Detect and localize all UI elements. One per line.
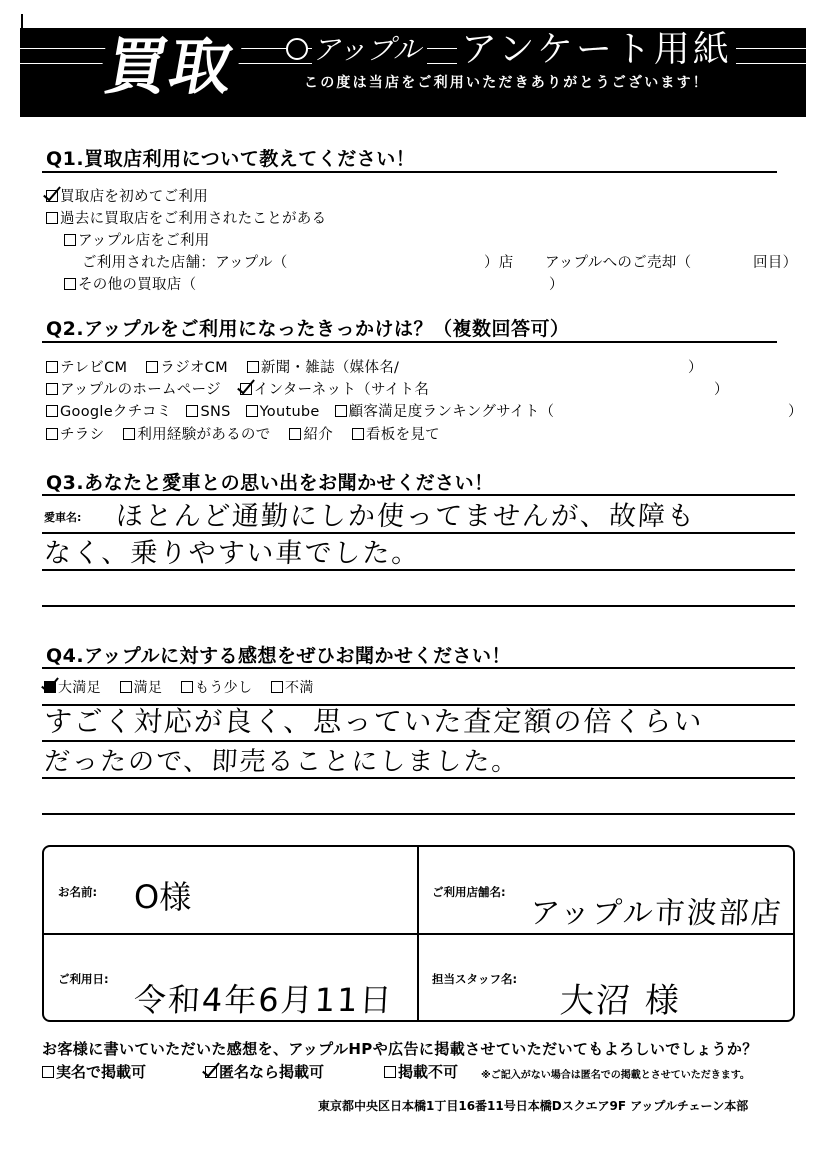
checkbox[interactable] bbox=[46, 361, 58, 373]
q2-option-signboard[interactable]: 看板を見て bbox=[352, 427, 440, 443]
q2-row-4: チラシ 利用経験があるので 紹介 看板を見て bbox=[46, 423, 440, 444]
checkbox[interactable] bbox=[181, 681, 193, 693]
checkbox[interactable] bbox=[120, 681, 132, 693]
page-subtitle: この度は当店をご利用いただきありがとうございます！ bbox=[304, 72, 709, 92]
q2-ranking-close: ） bbox=[788, 400, 803, 421]
option-label: Googleクチコミ bbox=[60, 404, 172, 420]
staff-name-field[interactable]: 大沼 様 bbox=[559, 984, 682, 1018]
q4-answer-line-1[interactable]: すごく対応が良く、思っていた査定額の倍くらい bbox=[43, 708, 704, 736]
option-label: SNS bbox=[200, 404, 230, 420]
checkbox-checked[interactable] bbox=[205, 1066, 217, 1078]
option-label: テレビCM bbox=[60, 360, 127, 376]
name-field[interactable]: O様 bbox=[134, 872, 191, 918]
q1-option-first-time[interactable]: 買取店を初めてご利用 bbox=[46, 185, 208, 206]
page-title: アンケート用紙 bbox=[457, 28, 736, 72]
company-address: 東京都中央区日本橋1丁目16番11号日本橋Dスクエア9F アップルチェーン本部 bbox=[318, 1097, 748, 1114]
option-label: 利用経験があるので bbox=[137, 427, 270, 443]
q1-heading: Q1.買取店利用について教えてください！ bbox=[46, 144, 415, 171]
rating-satisfied[interactable]: 満足 bbox=[120, 680, 163, 696]
q2-option-newspaper[interactable]: 新聞・雑誌（媒体名/ bbox=[247, 360, 399, 376]
option-label: 不満 bbox=[285, 680, 314, 696]
checkbox-checked[interactable] bbox=[240, 383, 252, 395]
checkbox[interactable] bbox=[384, 1066, 396, 1078]
option-label: 紹介 bbox=[303, 427, 333, 443]
checkbox[interactable] bbox=[335, 405, 347, 417]
consent-anonymous[interactable]: 匿名なら掲載可 bbox=[205, 1061, 324, 1082]
writing-line bbox=[42, 532, 795, 534]
kaitori-logo: 買取 bbox=[95, 30, 244, 104]
option-label: 匿名なら掲載可 bbox=[219, 1063, 324, 1081]
option-label: 看板を見て bbox=[366, 427, 440, 443]
checkbox[interactable] bbox=[247, 361, 259, 373]
writing-line bbox=[42, 569, 795, 571]
q3-rule bbox=[42, 494, 795, 496]
store-name-field[interactable]: アップル市波部店 bbox=[529, 899, 783, 929]
option-label: チラシ bbox=[60, 427, 104, 443]
q1-store-used-label: ご利用された店舗：アップル（ bbox=[82, 251, 288, 272]
option-label: 掲載不可 bbox=[398, 1063, 458, 1081]
checkbox[interactable] bbox=[146, 361, 158, 373]
checkbox[interactable] bbox=[64, 234, 76, 246]
checkbox[interactable] bbox=[46, 428, 58, 440]
option-label: ラジオCM bbox=[160, 360, 228, 376]
q1-sale-count-suffix: 回目） bbox=[753, 251, 797, 272]
q2-option-tv[interactable]: テレビCM bbox=[46, 360, 127, 376]
date-label: ご利用日: bbox=[58, 971, 109, 987]
option-label: その他の買取店（ bbox=[78, 277, 196, 293]
q4-rule bbox=[42, 667, 795, 669]
q1-option-other-store[interactable]: その他の買取店（ bbox=[64, 273, 196, 294]
option-label: 大満足 bbox=[58, 680, 101, 696]
q2-rule bbox=[42, 341, 777, 343]
rating-could-improve[interactable]: もう少し bbox=[181, 680, 252, 696]
q3-heading: Q3.あなたと愛車との思い出をお聞かせください！ bbox=[46, 468, 494, 495]
q4-heading: Q4.アップルに対する感想をぜひお聞かせください！ bbox=[46, 641, 511, 668]
writing-line bbox=[42, 740, 795, 742]
q4-answer-line-2[interactable]: だったので、即売ることにしました。 bbox=[43, 749, 520, 775]
consent-real-name[interactable]: 実名で掲載可 bbox=[42, 1061, 146, 1082]
q2-option-sns[interactable]: SNS bbox=[186, 404, 230, 420]
option-label: 実名で掲載可 bbox=[56, 1063, 146, 1081]
q2-row-1: テレビCM ラジオCM 新聞・雑誌（媒体名/ bbox=[46, 356, 399, 377]
header-banner: 買取 アップル アンケート用紙 この度は当店をご利用いただきありがとうございます… bbox=[20, 28, 806, 117]
info-divider bbox=[42, 933, 795, 935]
q1-option-apple-store[interactable]: アップル店をご利用 bbox=[64, 229, 210, 250]
q2-internet-close: ） bbox=[714, 378, 729, 399]
q2-option-youtube[interactable]: Youtube bbox=[246, 404, 320, 420]
checkbox[interactable] bbox=[64, 278, 76, 290]
q1-sale-count-label: アップルへのご売却（ bbox=[545, 251, 691, 272]
rating-dissatisfied[interactable]: 不満 bbox=[271, 680, 314, 696]
checkbox[interactable] bbox=[46, 405, 58, 417]
checkbox[interactable] bbox=[352, 428, 364, 440]
q3-answer-line-2[interactable]: なく、乗りやすい車でした。 bbox=[43, 540, 421, 567]
q2-option-referral[interactable]: 紹介 bbox=[289, 427, 333, 443]
store-name-label: ご利用店舗名: bbox=[432, 884, 506, 900]
option-label: アップル店をご利用 bbox=[78, 233, 210, 249]
q2-option-ranking-site[interactable]: 顧客満足度ランキングサイト（ bbox=[335, 404, 555, 420]
option-label: 満足 bbox=[134, 680, 163, 696]
q2-option-radio[interactable]: ラジオCM bbox=[146, 360, 228, 376]
writing-line bbox=[42, 813, 795, 815]
option-label: 買取店を初めてご利用 bbox=[60, 189, 208, 205]
q2-row-2: アップルのホームページ インターネット（サイト名 bbox=[46, 378, 429, 399]
checkbox[interactable] bbox=[42, 1066, 54, 1078]
option-label: 新聞・雑誌（媒体名/ bbox=[261, 360, 399, 376]
consent-question: お客様に書いていただいた感想を、アップルHPや広告に掲載させていただいてもよろし… bbox=[42, 1038, 758, 1059]
writing-line bbox=[42, 777, 795, 779]
consent-note: ※ご記入がない場合は匿名での掲載とさせていただきます。 bbox=[481, 1066, 750, 1081]
checkbox[interactable] bbox=[246, 405, 258, 417]
q2-option-homepage[interactable]: アップルのホームページ bbox=[46, 382, 221, 398]
q2-option-past-use[interactable]: 利用経験があるので bbox=[123, 427, 270, 443]
option-label: アップルのホームページ bbox=[60, 382, 221, 398]
q2-option-flyer[interactable]: チラシ bbox=[46, 427, 104, 443]
apple-logo-icon bbox=[286, 38, 308, 60]
q2-heading: Q2.アップルをご利用になったきっかけは？（複数回答可） bbox=[46, 314, 570, 341]
consent-decline[interactable]: 掲載不可 bbox=[384, 1061, 458, 1082]
q2-row-3: Googleクチコミ SNS Youtube 顧客満足度ランキングサイト（ bbox=[46, 400, 554, 421]
option-label: もう少し bbox=[195, 680, 252, 696]
option-label: Youtube bbox=[260, 404, 320, 420]
q2-option-google-reviews[interactable]: Googleクチコミ bbox=[46, 404, 172, 420]
rating-very-satisfied[interactable]: 大満足 bbox=[44, 680, 101, 696]
checkbox[interactable] bbox=[123, 428, 135, 440]
q2-newspaper-close: ） bbox=[688, 356, 703, 377]
q2-option-internet[interactable]: インターネット（サイト名 bbox=[240, 382, 429, 398]
q3-answer-line-1[interactable]: ほとんど通勤にしか使ってませんが、故障も bbox=[115, 503, 696, 530]
checkbox-checked[interactable] bbox=[44, 681, 56, 693]
checkbox[interactable] bbox=[186, 405, 198, 417]
checkbox-checked[interactable] bbox=[46, 190, 58, 202]
q1-rule bbox=[42, 171, 777, 173]
q1-other-store-close: ） bbox=[549, 273, 564, 294]
q1-store-suffix: ）店 bbox=[484, 251, 514, 272]
date-field[interactable]: 令和4年6月11日 bbox=[133, 984, 394, 1016]
name-label: お名前: bbox=[58, 884, 97, 900]
writing-line bbox=[42, 605, 795, 607]
checkbox[interactable] bbox=[46, 383, 58, 395]
q1-option-used-before[interactable]: 過去に買取店をご利用されたことがある bbox=[46, 207, 326, 228]
option-label: 顧客満足度ランキングサイト（ bbox=[349, 404, 555, 420]
option-label: インターネット（サイト名 bbox=[254, 382, 429, 398]
checkbox[interactable] bbox=[46, 212, 58, 224]
car-name-label: 愛車名: bbox=[44, 509, 81, 525]
staff-name-label: 担当スタッフ名: bbox=[432, 971, 517, 987]
option-label: 過去に買取店をご利用されたことがある bbox=[60, 211, 326, 227]
checkbox[interactable] bbox=[271, 681, 283, 693]
brand-name: アップル bbox=[312, 32, 427, 68]
checkbox[interactable] bbox=[289, 428, 301, 440]
q4-ratings: 大満足 満足 もう少し 不満 bbox=[44, 677, 314, 697]
